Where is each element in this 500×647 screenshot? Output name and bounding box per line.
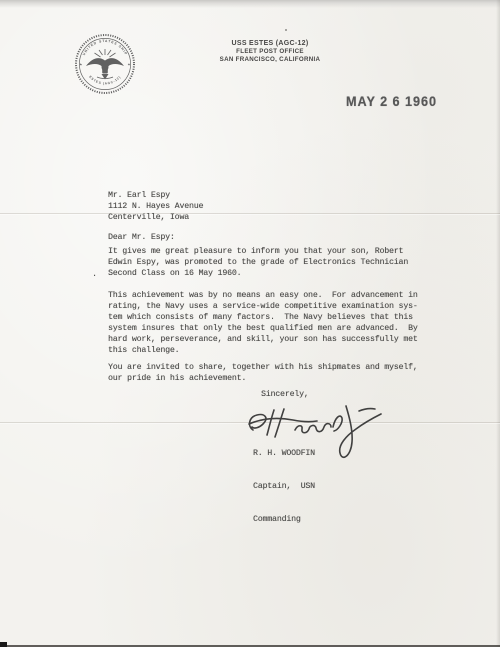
handwritten-signature-icon bbox=[243, 400, 393, 472]
body-paragraph-1: It gives me great pleasure to inform you… bbox=[108, 246, 408, 279]
seal-right-star-icon: ★ bbox=[127, 63, 130, 67]
date-stamp: MAY 2 6 1960 bbox=[346, 94, 437, 109]
paper-speck bbox=[285, 29, 287, 31]
scan-right-edge bbox=[496, 0, 500, 647]
letterhead-city-state: SAN FRANCISCO, CALIFORNIA bbox=[170, 56, 370, 64]
scan-corner-mark bbox=[0, 642, 7, 647]
signer-rank: Captain, USN bbox=[253, 481, 315, 492]
body-paragraph-3: You are invited to share, together with … bbox=[108, 362, 418, 384]
signer-title: Commanding bbox=[253, 514, 315, 525]
scanned-letter-page: UNITED STATES SHIP ESTES (AGC-12) ★ ★ US… bbox=[0, 0, 500, 647]
fold-crease-upper bbox=[0, 213, 500, 215]
navy-eagle-seal-icon: UNITED STATES SHIP ESTES (AGC-12) ★ ★ bbox=[73, 32, 137, 96]
letterhead-fleet-post-office: FLEET POST OFFICE bbox=[170, 48, 370, 56]
recipient-address: Mr. Earl Espy 1112 N. Hayes Avenue Cente… bbox=[108, 190, 203, 223]
stray-ink-mark: . bbox=[92, 269, 97, 280]
letterhead-block: USS ESTES (AGC-12) FLEET POST OFFICE SAN… bbox=[170, 40, 370, 63]
seal-left-star-icon: ★ bbox=[79, 63, 82, 67]
scan-top-edge bbox=[0, 0, 500, 8]
seal-sunburst-rays bbox=[95, 49, 116, 57]
salutation: Dear Mr. Espy: bbox=[108, 232, 175, 243]
valediction: Sincerely, bbox=[261, 389, 309, 400]
body-paragraph-2: This achievement was by no means an easy… bbox=[108, 290, 418, 356]
letterhead-ship-name: USS ESTES (AGC-12) bbox=[170, 40, 370, 48]
